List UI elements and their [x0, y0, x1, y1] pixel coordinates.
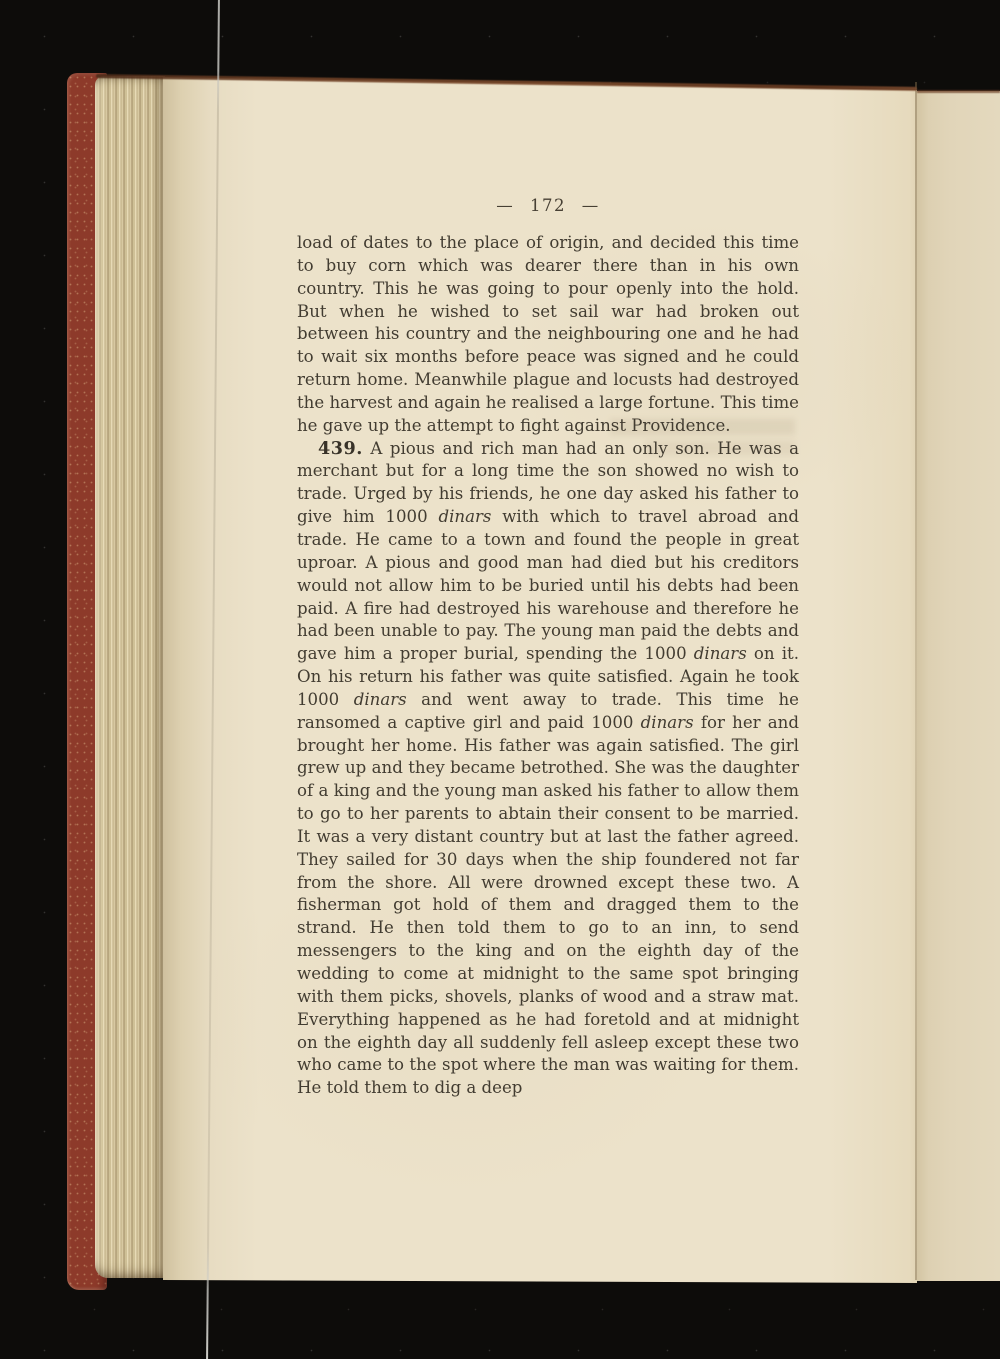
- book-scan-photo: — 172 — load of dates to the place of or…: [0, 0, 1000, 1359]
- page-edge-stack: [95, 76, 165, 1278]
- story-number: 439.: [318, 438, 363, 459]
- page-number: — 172 —: [297, 196, 799, 215]
- facing-page: [917, 91, 1000, 1281]
- paragraph-story-439: 439. A pious and rich man had an only so…: [297, 438, 799, 1100]
- emphasis-dinars: dinars: [694, 644, 747, 663]
- page-fold-line: [915, 82, 917, 1280]
- story-text: with which to travel abroad and trade. H…: [297, 507, 799, 663]
- paragraph-continuation: load of dates to the place of origin, an…: [297, 232, 799, 438]
- facing-page-top-stain: [917, 90, 1000, 93]
- story-text: for her and brought her home. His father…: [297, 713, 799, 1098]
- paragraph-text: load of dates to the place of origin, an…: [297, 233, 799, 435]
- emphasis-dinars: dinars: [438, 507, 491, 526]
- page-text-block: — 172 — load of dates to the place of or…: [297, 196, 799, 1100]
- emphasis-dinars: dinars: [354, 690, 407, 709]
- emphasis-dinars: dinars: [641, 713, 694, 732]
